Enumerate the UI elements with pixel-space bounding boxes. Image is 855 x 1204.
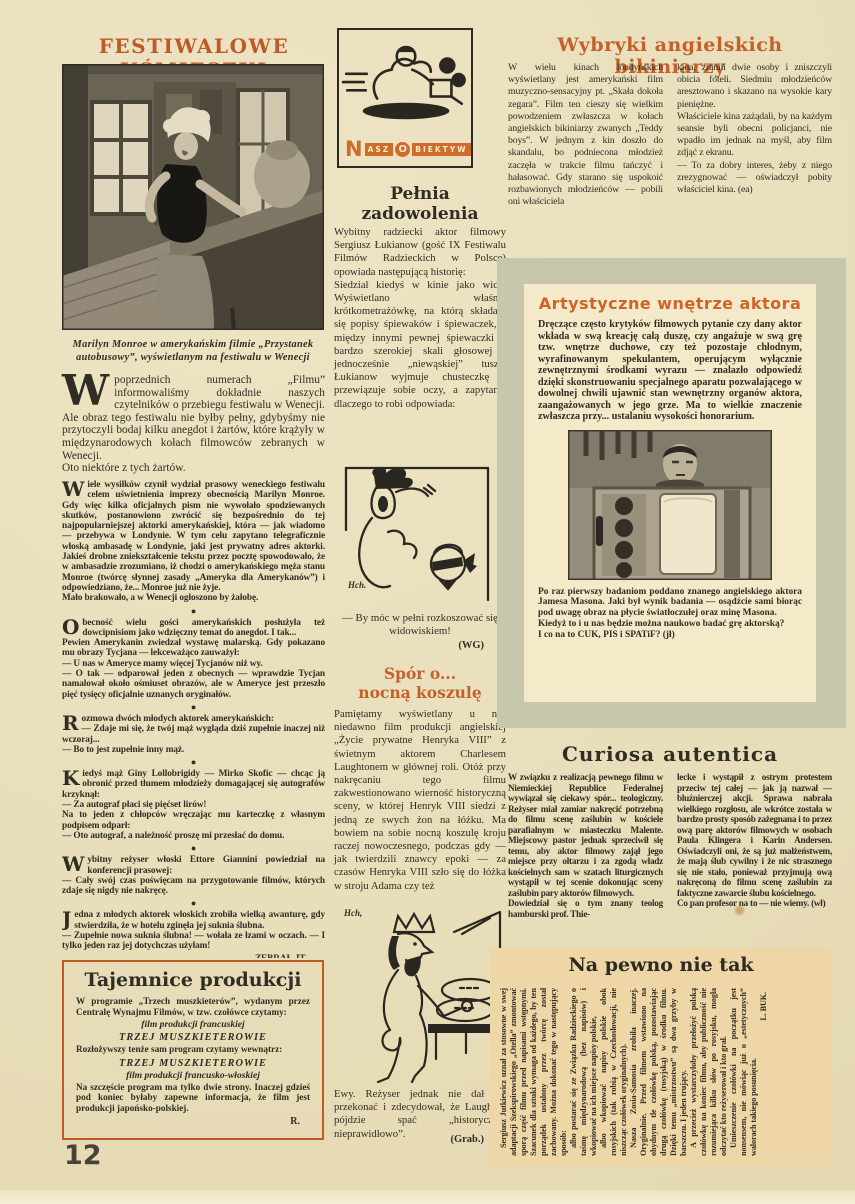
logo-letter-n: N (345, 140, 363, 158)
curiosa-title: Curiosa autentica (506, 742, 834, 766)
cartoon-signature: Hch, (344, 908, 362, 918)
napewno-paragraph: Nasza Zosia-Samosia zrobiła inaczej. Ory… (629, 988, 689, 1156)
artystyczne-inner-panel: Artystyczne wnętrze aktora Dręczące częs… (524, 284, 816, 702)
napewno-rotated-text: Sergiusz Jutkiewicz uznał za stosowne w … (499, 988, 823, 1156)
paper-stain (735, 906, 744, 915)
king-cartoon: Hch, (336, 906, 506, 1084)
napewno-signature: L. BUK. (759, 988, 769, 1156)
intro-paragraph: Wpoprzednich numerach „Filmu” informowal… (62, 374, 325, 475)
cartoon-signature: Hch. (348, 580, 366, 590)
anecdote-text: becność wielu gości amerykańskich posłuż… (62, 618, 325, 700)
anecdote: Obecność wielu gości amerykańskich posłu… (62, 618, 325, 700)
anecdote-text: iedyś mąż Giny Lollobrigidy — Mirko Skof… (62, 769, 325, 841)
curiosa-column-2: lecke i wystąpił z ostrym protestem prze… (677, 772, 832, 946)
nasz-obiektyw-logo: N ASZ O BIEKTYW (345, 140, 471, 158)
anecdote-dropcap: R (62, 715, 79, 732)
singer-cartoon: Hch. (336, 458, 506, 606)
spor-end-text: Ewy. Reżyser jednak nie dał się przekona… (334, 1088, 506, 1141)
artystyczne-title: Artystyczne wnętrze aktora (538, 294, 802, 313)
tajemnice-credit-line: film produkcji francuskiej (76, 1019, 310, 1031)
tajemnice-film-title: TRZEJ MUSZKIETEROWIE (76, 1057, 310, 1070)
logo-o-disc-icon: O (395, 142, 410, 157)
dot-separator-icon: ● (62, 702, 325, 712)
dot-separator-icon: ● (62, 898, 325, 908)
wybryki-column-1: W wielu kinach londyńskich wyświetlany j… (508, 62, 663, 242)
spor-text: Pamiętamy wyświetlany u nas niedawno fil… (334, 708, 506, 893)
napewno-title: Na pewno nie tak (490, 948, 832, 976)
napewno-box: Na pewno nie tak Sergiusz Jutkiewicz uzn… (490, 948, 832, 1166)
tajemnice-paragraph: Rozłożywszy tenże sam program czytamy we… (76, 1044, 310, 1055)
page-bottom-edge (0, 1190, 855, 1204)
wg-caption: — By móc w pełni rozkoszować się widowis… (334, 612, 506, 638)
intro-dropcap: W (62, 375, 109, 407)
napewno-paragraph: albo postarać się ze Związku Radzieckieg… (569, 988, 599, 1156)
anecdote-text: ybitny reżyser włoski Ettore Giannini po… (62, 855, 325, 896)
collected-by-signature: ZEBRAŁ JT. (62, 954, 325, 958)
anecdote-dropcap: J (62, 911, 71, 928)
anecdote-dropcap: O (62, 619, 79, 636)
anecdote: Rozmowa dwóch młodych aktorek amerykańsk… (62, 714, 325, 755)
anecdote-dropcap: K (62, 770, 79, 787)
nasz-obiektyw-logo-box: N ASZ O BIEKTYW (337, 28, 473, 168)
tajemnice-film-title: TRZEJ MUSZKIETEROWIE (76, 1031, 310, 1044)
napewno-paragraph: Sergiusz Jutkiewicz uznał za stosowne w … (499, 988, 569, 1156)
pelnia-text: Wybitny radziecki aktor filmowy Sergiusz… (334, 226, 506, 411)
napewno-paragraph: A przecież wystarczyłoby przełożyć polsk… (689, 988, 729, 1156)
logo-biektyw-block: BIEKTYW (412, 143, 470, 156)
monroe-photo-caption: Marilyn Monroe w amerykańskim filmie „Pr… (56, 338, 330, 364)
wg-signature: (WG) (334, 640, 484, 651)
tajemnice-signature: R. (76, 1116, 310, 1127)
curiosa-column-1: W związku z realizacją pewnego filmu w N… (508, 772, 663, 946)
artystyczne-text: Dręczące często krytyków filmowych pytan… (538, 319, 802, 423)
napewno-paragraph: albo wkopiować napisy polskie obok rosyj… (599, 988, 629, 1156)
anecdote: Wiele wysiłków czynił wydział prasowy we… (62, 480, 325, 604)
tajemnice-credit-line: film produkcji francusko-włoskiej (76, 1070, 310, 1082)
curiosa-article: W związku z realizacją pewnego filmu w N… (508, 772, 832, 946)
anecdote-dropcap: W (62, 856, 84, 873)
mason-photo (568, 430, 772, 580)
spor-title: Spór o... nocną koszulę (334, 664, 506, 702)
dot-separator-icon: ● (62, 757, 325, 767)
wybryki-article: W wielu kinach londyńskich wyświetlany j… (508, 62, 832, 242)
anecdote-text: ozmowa dwóch młodych aktorek amerykański… (62, 714, 325, 755)
dot-separator-icon: ● (62, 606, 325, 616)
tajemnice-title: Tajemnice produkcji (76, 969, 310, 991)
anecdote: Kiedyś mąż Giny Lollobrigidy — Mirko Sko… (62, 769, 325, 841)
grab-signature: (Grab.) (334, 1134, 484, 1145)
tajemnice-box: Tajemnice produkcji W programie „Trzech … (62, 960, 324, 1140)
anecdote: Wybitny reżyser włoski Ettore Giannini p… (62, 855, 325, 896)
page-number: 12 (64, 1140, 102, 1171)
anecdote: Jedna z młodych aktorek włoskich zrobiła… (62, 910, 325, 951)
napewno-paragraph: Umieszczenie czołówki na początku jest n… (729, 988, 759, 1156)
wybryki-column-2: kina, zranili dwie osoby i zniszczyli ob… (677, 62, 832, 242)
artystyczne-caption: Po raz pierwszy badaniom poddano znanego… (538, 587, 802, 642)
pelnia-title: Pełnia zadowolenia (334, 184, 506, 224)
anecdote-text: edna z młodych aktorek włoskich zrobiła … (62, 910, 325, 951)
camera-rider-cartoon (340, 34, 470, 126)
magazine-page: FESTIWALOWE UŚMIESZKI (0, 0, 855, 1204)
anecdotes-column: Wiele wysiłków czynił wydział prasowy we… (62, 480, 325, 958)
monroe-photo (62, 64, 324, 330)
anecdote-dropcap: W (62, 481, 84, 498)
tajemnice-paragraph: W programie „Trzech muszkieterów”, wydan… (76, 996, 310, 1017)
tajemnice-paragraph: Na szczęście program ma tylko dwie stron… (76, 1082, 310, 1114)
dot-separator-icon: ● (62, 843, 325, 853)
logo-asz-block: ASZ (365, 143, 394, 156)
monroe-photo-art (62, 64, 324, 330)
anecdote-text: iele wysiłków czynił wydział prasowy wen… (62, 480, 325, 603)
artystyczne-box: Artystyczne wnętrze aktora Dręczące częs… (497, 258, 846, 728)
